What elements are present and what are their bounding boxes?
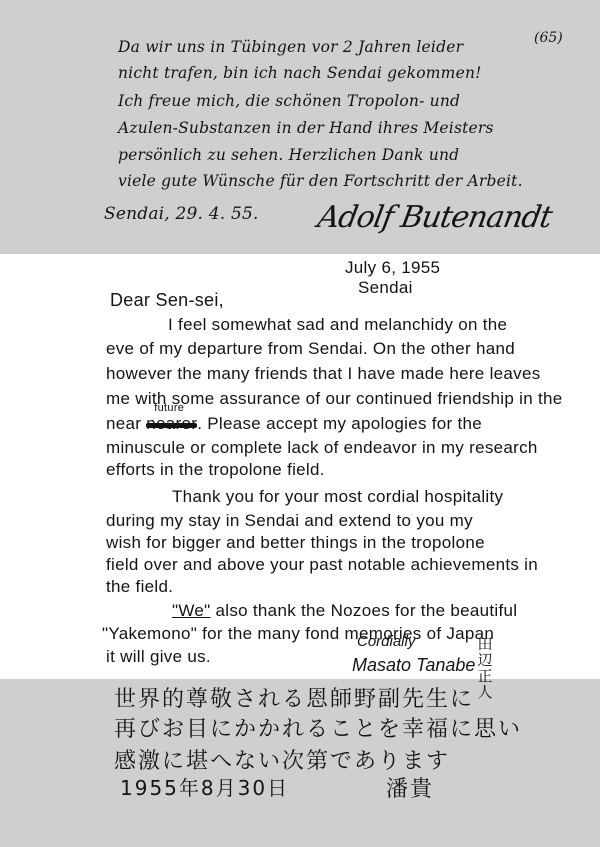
letter-line: however the many friends that I have mad…	[106, 364, 541, 384]
german-line: Azulen-Substanzen in der Hand ihres Meis…	[118, 119, 494, 137]
letter-line: it will give us.	[106, 647, 211, 667]
page-number: (65)	[534, 30, 563, 46]
kanji-signature: 田辺正人	[476, 636, 494, 700]
letter-line: during my stay in Sendai and extend to y…	[106, 511, 473, 531]
we-word: "We"	[172, 601, 210, 620]
closing: Cordially	[357, 633, 415, 650]
thanks-text: also thank the Nozoes for the beautiful	[216, 601, 518, 620]
letter-line: "Yakemono" for the many fond memories of…	[102, 624, 494, 644]
japanese-signature: 潘貴	[386, 772, 434, 803]
german-line: persönlich zu sehen. Herzlichen Dank und	[118, 146, 459, 164]
letter-line-we: "We" also thank the Nozoes for the beaut…	[172, 601, 517, 621]
letter-place: Sendai	[358, 278, 413, 298]
japanese-line: 再びお目にかかれることを幸福に思い	[114, 712, 522, 743]
letter-line: minuscule or complete lack of endeavor i…	[106, 438, 538, 458]
letter-line: Thank you for your most cordial hospital…	[172, 487, 503, 507]
german-signature: Adolf Butenandt	[315, 200, 554, 235]
letter-line: field over and above your past notable a…	[106, 555, 538, 575]
letter-line: I feel somewhat sad and melanchidy on th…	[168, 315, 507, 335]
salutation: Dear Sen-sei,	[110, 290, 224, 311]
german-line: Ich freue mich, die schönen Tropolon- un…	[118, 92, 460, 110]
german-line: viele gute Wünsche für den Fortschritt d…	[118, 172, 523, 190]
struck-out-word: nearerfuture	[146, 414, 197, 434]
english-signature: Masato Tanabe	[352, 655, 475, 676]
german-line: nicht trafen, bin ich nach Sendai gekomm…	[118, 64, 482, 82]
japanese-line: 世界的尊敬される恩師野副先生に	[114, 682, 474, 713]
near-word: near	[106, 414, 141, 433]
letter-line: wish for bigger and better things in the…	[106, 533, 485, 553]
german-place-date: Sendai, 29. 4. 55.	[104, 204, 259, 224]
letter-line: efforts in the tropolone field.	[106, 460, 325, 480]
letter-date: July 6, 1955	[345, 258, 440, 278]
letter-line-near: near nearerfuture. Please accept my apol…	[106, 414, 482, 434]
german-line: Da wir uns in Tübingen vor 2 Jahren leid…	[118, 38, 463, 56]
inserted-word: future	[154, 402, 184, 414]
letter-line: eve of my departure from Sendai. On the …	[106, 339, 515, 359]
japanese-line: 感激に堪へない次第であります	[114, 744, 450, 775]
letter-line: the field.	[106, 577, 173, 597]
japanese-date: 1955年8月30日	[120, 772, 289, 801]
apology-text: Please accept my apologies for the	[207, 414, 482, 433]
